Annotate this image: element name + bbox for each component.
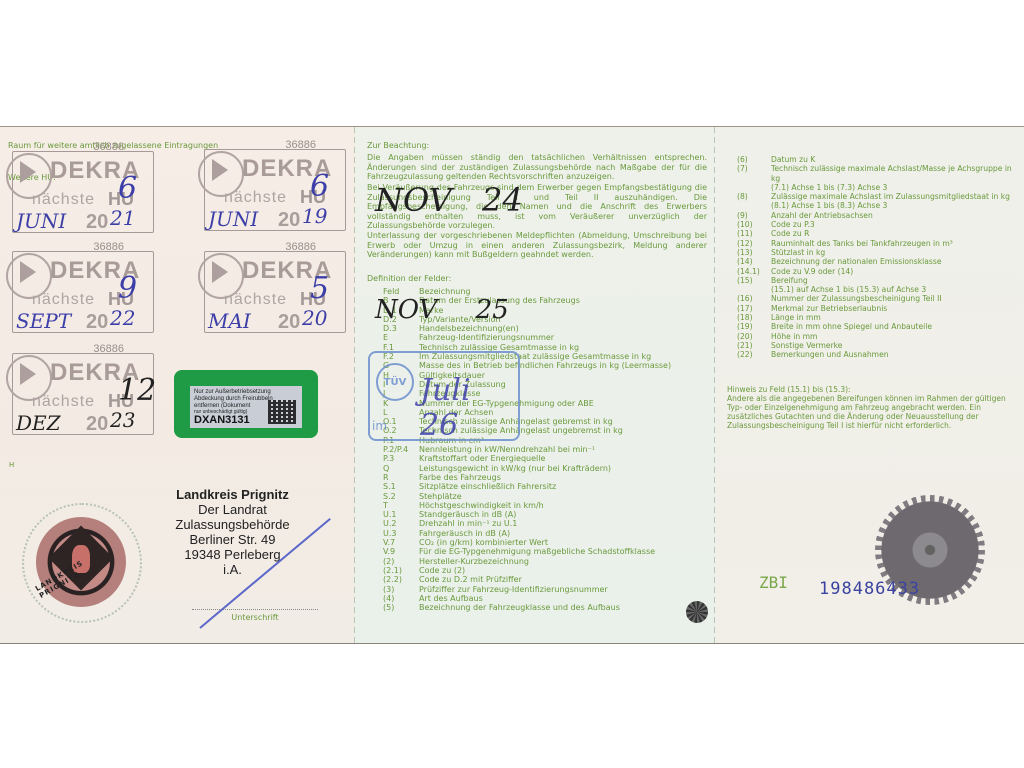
decommissioning-security-sticker: Nur zur Außerbetriebsetzung Abdeckung du… [174,370,318,438]
security-seal-icon [686,601,708,623]
definition-row: (14)Bezeichnung der nationalen Emissions… [737,257,1022,266]
definition-row: (17)Merkmal zur Betriebserlaubnis [737,304,1022,313]
definition-row: V.7CO₂ (in g/km) kombinierter Wert [367,538,707,547]
definition-row: V.9Für die EG-Typgenehmigung maßgebliche… [367,547,707,556]
definition-row: (22)Bemerkungen und Ausnahmen [737,350,1022,359]
definition-row: THöchstgeschwindigkeit in km/h [367,501,707,510]
dekra-stamp: 36886 DEKRA nächste HU 6 JUNI 20 21 [12,151,152,235]
handwritten-hu-date: NOV 24 [375,181,523,219]
definition-row: (19)Breite in mm ohne Spiegel und Anbaut… [737,322,1022,331]
tyre-hint: Hinweis zu Feld (15.1) bis (15.3): Ander… [727,385,1017,430]
datamatrix-code-icon [268,400,296,424]
definition-row: (18)Länge in mm [737,313,1022,322]
tuev-inspection-stamp: TÜV im Juli 26 [368,351,520,441]
vehicle-registration-document: Raum für weitere amtlich zugelassene Ein… [0,126,1024,644]
definition-row: (8)Zulässige maximale Achslast im Zulass… [737,192,1022,201]
dekra-stamp: 36886 DEKRA nächste HU 6 JUNI 20 19 [204,149,344,233]
definition-row: U.2Drehzahl in min⁻¹ zu U.1 [367,519,707,528]
tuev-logo-icon: TÜV [376,363,414,401]
definition-row: (3)Prüfziffer zur Fahrzeug-Identifizieru… [367,585,707,594]
definition-row: (7.1) Achse 1 bis (7.3) Achse 3 [737,183,1022,192]
definition-row: (14.1)Code zu V.9 oder (14) [737,267,1022,276]
definition-row: (2)Hersteller-Kurzbezeichnung [367,557,707,566]
definition-row: EFahrzeug-Identifizierungsnummer [367,333,707,342]
definition-row: S.2Stehplätze [367,492,707,501]
definition-row: (11)Code zu R [737,229,1022,238]
left-panel: Raum für weitere amtlich zugelassene Ein… [0,127,355,643]
signature-line [192,609,318,610]
middle-panel: Zur Beachtung: Die Angaben müssen ständi… [355,127,715,643]
right-panel: (6)Datum zu K(7)Technisch zulässige maxi… [715,127,1024,643]
zbi-label: ZBI [759,573,788,592]
field-definitions-list: Feld Bezeichnung BDatum der Erstzulassun… [367,287,707,612]
definition-row: (15.1) auf Achse 1 bis (15.3) auf Achse … [737,285,1022,294]
definitions-title: Definition der Felder: [367,274,707,284]
definition-row: (12)Rauminhalt des Tanks bei Tankfahrzeu… [737,239,1022,248]
definition-row: (13)Stützlast in kg [737,248,1022,257]
definition-row: (15)Bereifung [737,276,1022,285]
official-seal: LANDKREIS PRIGNITZ [22,503,142,623]
definition-row: P.2/P.4Nennleistung in kW/Nenndrehzahl b… [367,445,707,454]
definition-row: (4)Art des Aufbaus [367,594,707,603]
definition-row: (7)Technisch zulässige maximale Achslast… [737,164,1022,183]
definition-row: S.1Sitzplätze einschließlich Fahrersitz [367,482,707,491]
definition-row: U.1Standgeräusch in dB (A) [367,510,707,519]
dekra-stamp: 36886 DEKRA nächste HU 5 MAI 20 20 [204,251,344,335]
definition-row: (20)Höhe in mm [737,332,1022,341]
field-definitions-list-continued: (6)Datum zu K(7)Technisch zulässige maxi… [737,155,1022,360]
definition-row: U.3Fahrgeräusch in dB (A) [367,529,707,538]
definition-row: (21)Sonstige Vermerke [737,341,1022,350]
handwritten-hu-date: NOV 25 [375,295,509,325]
definition-row: (5)Bezeichnung der Fahrzeugklasse und de… [367,603,707,612]
definition-row: D.3Handelsbezeichnung(en) [367,324,707,333]
definition-row: (16)Nummer der Zulassungsbescheinigung T… [737,294,1022,303]
note-title: Zur Beachtung: [367,141,707,151]
definition-row: (2.2)Code zu D.2 mit Prüfziffer [367,575,707,584]
definition-row: P.3Kraftstoffart oder Energiequelle [367,454,707,463]
definition-row: QLeistungsgewicht in kW/kg (nur bei Kraf… [367,464,707,473]
dekra-stamp: 36886 DEKRA nächste HU 9 SEPT 20 22 [12,251,152,335]
document-serial-number: 198486433 [819,579,920,599]
definition-row: (8.1) Achse 1 bis (8.3) Achse 3 [737,201,1022,210]
definition-row: RFarbe des Fahrzeugs [367,473,707,482]
definition-row: (9)Anzahl der Antriebsachsen [737,211,1022,220]
definition-row: (2.1)Code zu (2) [367,566,707,575]
definition-row: (6)Datum zu K [737,155,1022,164]
dekra-stamp: 36886 DEKRA nächste HU 12 DEZ 20 23 [12,353,152,437]
definition-row: (10)Code zu P.3 [737,220,1022,229]
security-code: DXAN3131 [194,414,250,426]
